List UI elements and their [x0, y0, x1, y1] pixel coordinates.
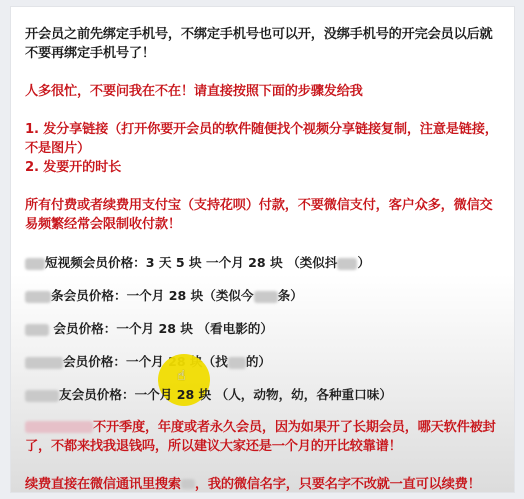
redacted-wechat-id: [181, 479, 195, 489]
screen-frame: 开会员之前先绑定手机号，不绑定手机号也可以开，没绑手机号的开完会员以后就不要再绑…: [0, 0, 524, 499]
price-label: 友会员价格：: [59, 387, 135, 402]
price-value: 一个月 28 块: [127, 288, 204, 303]
hand-pointer-icon: ☝: [177, 368, 186, 384]
intro-paragraph: 开会员之前先绑定手机号，不绑定手机号也可以开，没绑手机号的开完会员以后就不要再绑…: [25, 25, 503, 63]
redacted-note: [337, 258, 357, 270]
price-note: （类似抖: [287, 255, 337, 270]
price-row: 会员价格：一个月 28 块（找的）: [25, 352, 503, 371]
renew-notice: 续费直接在微信通讯里搜索，我的微信名字，只要名字不改就一直可以续费！: [25, 475, 503, 494]
price-row: 短视频会员价格：3 天 5 块 一个月 28 块 （类似抖）: [25, 253, 503, 272]
price-label: 会员价格：: [63, 354, 126, 369]
redacted-text: [25, 421, 93, 433]
document-page: 开会员之前先绑定手机号，不绑定手机号也可以开，没绑手机号的开完会员以后就不要再绑…: [10, 6, 515, 493]
redacted-note: [254, 291, 278, 303]
redacted-name: [25, 291, 51, 303]
price-value: 一个月 28 块: [116, 321, 193, 336]
redacted-name: [25, 258, 45, 270]
price-label: 短视频会员价格：: [45, 255, 146, 270]
document-content: 开会员之前先绑定手机号，不绑定手机号也可以开，没绑手机号的开完会员以后就不要再绑…: [25, 25, 503, 494]
price-row: 会员价格：一个月 28 块 （看电影的）: [25, 319, 503, 338]
price-note: （人，动物，幼，各种重口味）: [211, 387, 392, 402]
price-note: （类似今: [203, 288, 253, 303]
price-value: 3 天 5 块 一个月 28 块: [146, 255, 283, 270]
busy-notice: 人多很忙，不要问我在不在！请直接按照下面的步骤发给我: [25, 82, 503, 101]
price-value: 一个月 28 块: [135, 387, 212, 402]
redacted-note: [228, 357, 246, 369]
price-label: 条会员价格：: [51, 288, 127, 303]
long-term-notice: 不开季度，年度或者永久会员，因为如果开了长期会员，哪天软件被封了，不都来找我退钱…: [25, 418, 503, 456]
price-row: 条会员价格：一个月 28 块（类似今条）: [25, 286, 503, 305]
redacted-name: [25, 390, 59, 402]
payment-notice: 所有付费或者续费用支付宝（支持花呗）付款，不要微信支付，客户众多，微信交易频繁经…: [25, 196, 503, 234]
step-2: 2. 发要开的时长: [25, 158, 503, 177]
price-label: 会员价格：: [49, 321, 116, 336]
redacted-name: [25, 324, 49, 336]
redacted-name: [25, 357, 63, 369]
step-1: 1. 发分享链接（打开你要开会员的软件随便找个视频分享链接复制，注意是链接，不是…: [25, 120, 503, 158]
price-row: 友会员价格：一个月 28 块 （人，动物，幼，各种重口味）: [25, 385, 503, 404]
price-note: （看电影的）: [193, 321, 273, 336]
